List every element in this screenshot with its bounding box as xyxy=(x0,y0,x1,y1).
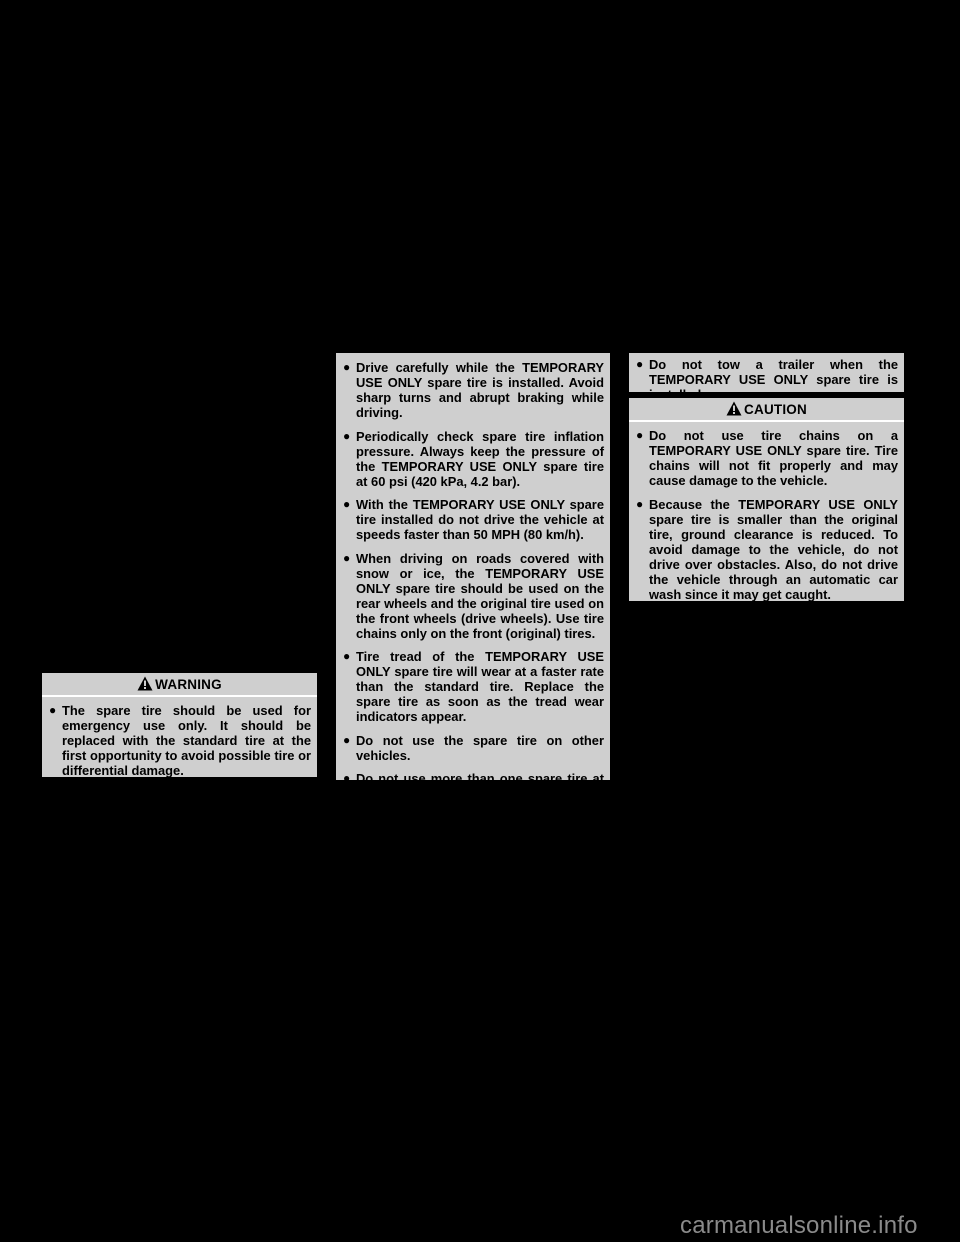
bullet-icon: ● xyxy=(343,649,356,664)
guideline-item: ● Periodically check spare tire inflatio… xyxy=(343,429,604,489)
bullet-icon: ● xyxy=(343,360,356,375)
guideline-item: ● With the TEMPORARY USE ONLY spare tire… xyxy=(343,497,604,542)
trailer-note-text: Do not tow a trailer when the TEMPORARY … xyxy=(649,357,898,402)
bullet-icon: ● xyxy=(343,551,356,566)
trailer-note-item: ● Do not tow a trailer when the TEMPORAR… xyxy=(636,357,898,402)
guideline-item: ● Tire tread of the TEMPORARY USE ONLY s… xyxy=(343,649,604,724)
warning-header-label: WARNING xyxy=(155,677,222,692)
bullet-icon: ● xyxy=(343,733,356,748)
caution-header: CAUTION xyxy=(629,398,904,422)
caution-item-text: Do not use tire chains on a TEMPORARY US… xyxy=(649,428,898,488)
spare-tire-guidelines-box: ● Drive carefully while the TEMPORARY US… xyxy=(336,353,610,780)
bullet-icon: ● xyxy=(343,771,356,786)
warning-header: WARNING xyxy=(42,673,317,697)
caution-body: ● Do not use tire chains on a TEMPORARY … xyxy=(629,422,904,608)
bullet-icon: ● xyxy=(49,703,62,718)
guideline-item-text: Periodically check spare tire inflation … xyxy=(356,429,604,489)
warning-body: ● The spare tire should be used for emer… xyxy=(42,697,317,784)
guideline-item-text: When driving on roads covered with snow … xyxy=(356,551,604,641)
trailer-note-box: ● Do not tow a trailer when the TEMPORAR… xyxy=(629,353,904,392)
guideline-item: ● When driving on roads covered with sno… xyxy=(343,551,604,641)
caution-item: ● Do not use tire chains on a TEMPORARY … xyxy=(636,428,898,488)
bullet-icon: ● xyxy=(636,428,649,443)
guideline-item-text: Tire tread of the TEMPORARY USE ONLY spa… xyxy=(356,649,604,724)
warning-triangle-icon xyxy=(137,676,153,691)
guideline-item-text: With the TEMPORARY USE ONLY spare tire i… xyxy=(356,497,604,542)
watermark: carmanualsonline.info xyxy=(680,1212,918,1240)
caution-item: ● Because the TEMPORARY USE ONLY spare t… xyxy=(636,497,898,602)
caution-box: CAUTION ● Do not use tire chains on a TE… xyxy=(629,398,904,601)
caution-header-label: CAUTION xyxy=(744,402,807,417)
guideline-item: ● Do not use the spare tire on other veh… xyxy=(343,733,604,763)
bullet-icon: ● xyxy=(636,357,649,372)
guidelines-body: ● Drive carefully while the TEMPORARY US… xyxy=(336,353,610,807)
warning-triangle-icon xyxy=(726,401,742,416)
warning-item: ● The spare tire should be used for emer… xyxy=(49,703,311,778)
guideline-item: ● Drive carefully while the TEMPORARY US… xyxy=(343,360,604,420)
warning-item-text: The spare tire should be used for emerge… xyxy=(62,703,311,778)
guideline-item: ● Do not use more than one spare tire at… xyxy=(343,771,604,801)
warning-box: WARNING ● The spare tire should be used … xyxy=(42,673,317,777)
guideline-item-text: Drive carefully while the TEMPORARY USE … xyxy=(356,360,604,420)
bullet-icon: ● xyxy=(636,497,649,512)
guideline-item-text: Do not use more than one spare tire at t… xyxy=(356,771,604,801)
caution-item-text: Because the TEMPORARY USE ONLY spare tir… xyxy=(649,497,898,602)
bullet-icon: ● xyxy=(343,429,356,444)
guideline-item-text: Do not use the spare tire on other vehic… xyxy=(356,733,604,763)
bullet-icon: ● xyxy=(343,497,356,512)
